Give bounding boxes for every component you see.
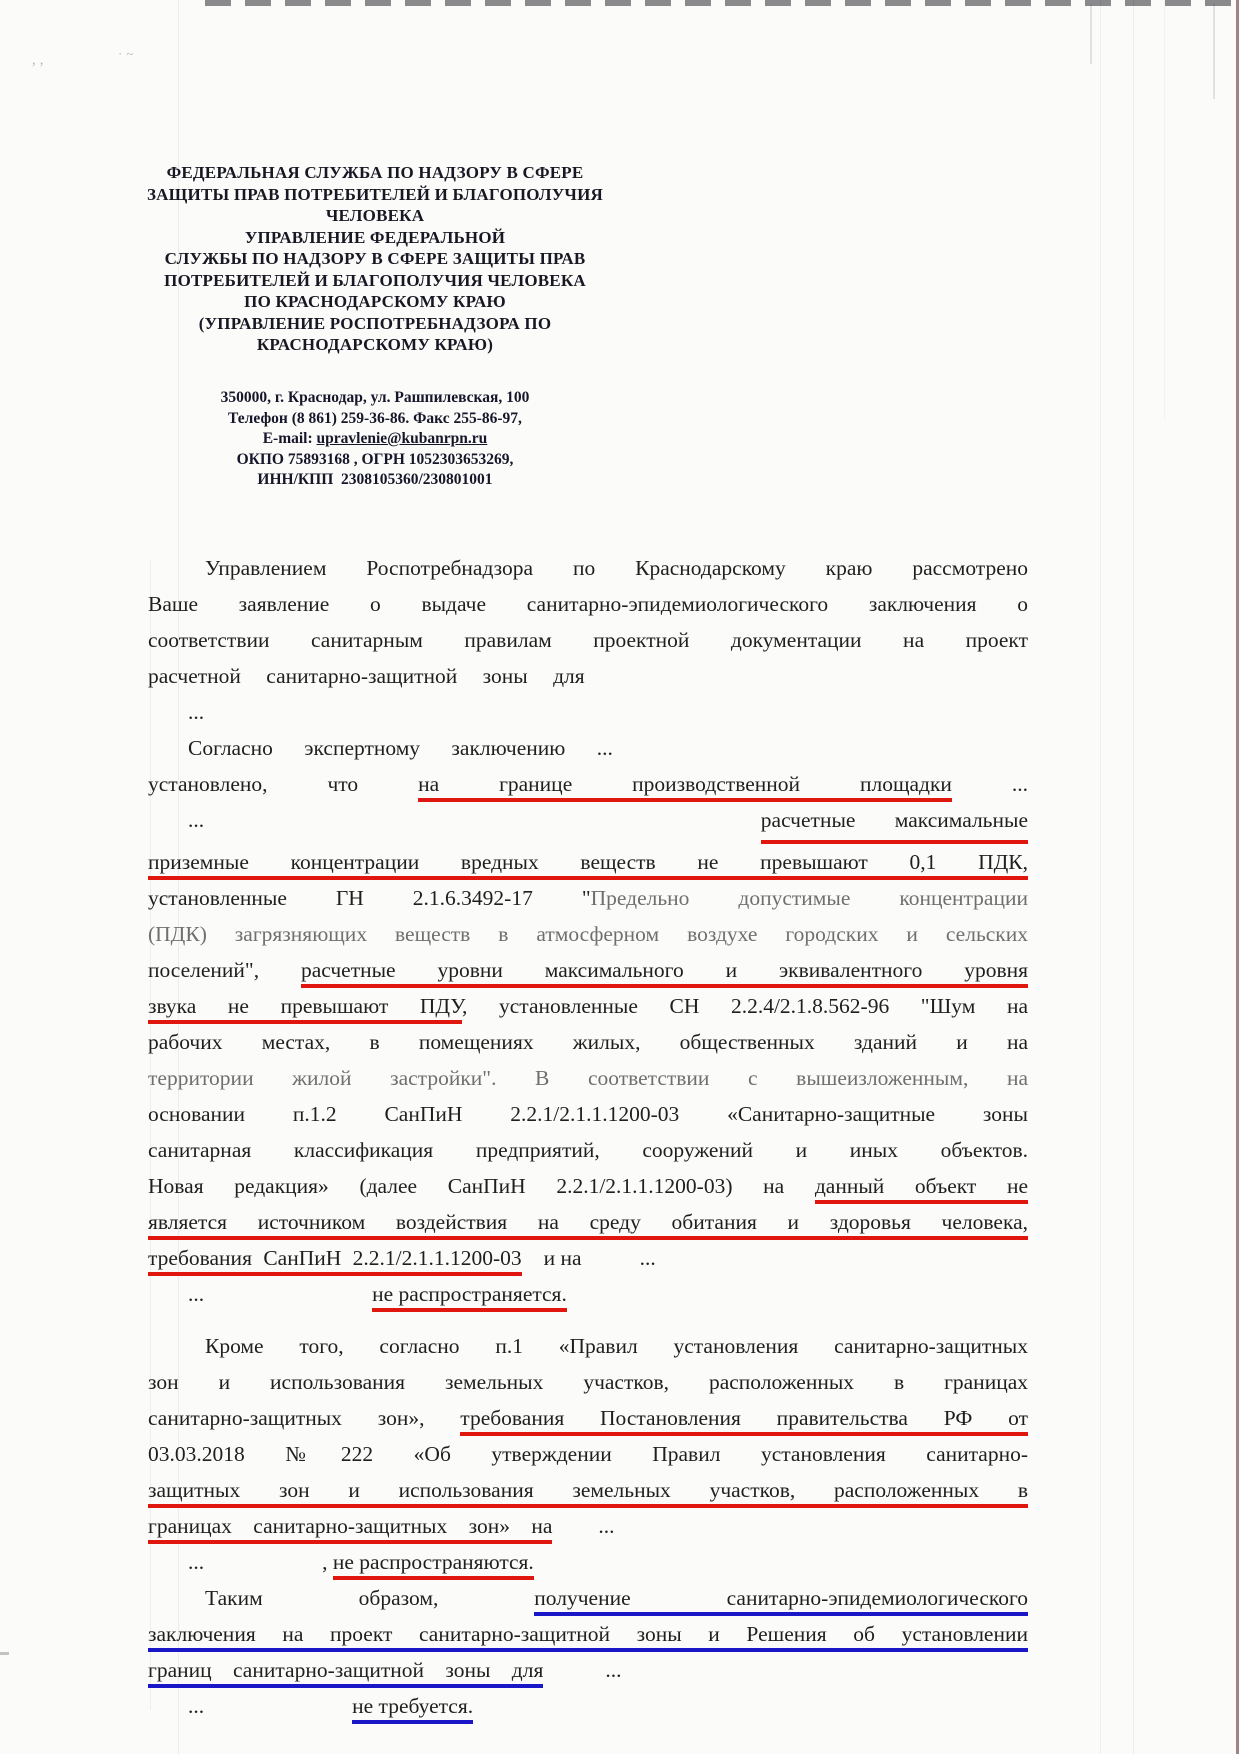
text-segment: установлено, что [148,772,418,796]
text-segment: Управлением Роспотребнадзора по Краснода… [205,556,1028,580]
org-header-line: ПОТРЕБИТЕЛЕЙ И БЛАГОПОЛУЧИЯ ЧЕЛОВЕКА [140,270,610,292]
text-segment: основании п.1.2 СанПиН 2.2.1/2.1.1.1200-… [148,1102,1028,1126]
body-line: Новая редакция» (далее СанПиН 2.2.1/2.1.… [148,1168,1028,1204]
org-header-line: СЛУЖБЫ ПО НАДЗОРУ В СФЕРЕ ЗАЩИТЫ ПРАВ [140,248,610,270]
red-underlined-text: приземные концентрации вредных веществ н… [148,850,1028,880]
text-segment: ... [598,1514,614,1538]
org-header-line: ПО КРАСНОДАРСКОМУ КРАЮ [140,291,610,313]
email-address: upravlenie@kubanrpn.ru [317,430,488,447]
body-line: защитных зон и использования земельных у… [148,1472,1028,1508]
scan-streak-artifact [1213,4,1215,99]
text-segment: ... [605,1658,621,1682]
text-segment: и на [544,1246,582,1270]
org-header-line: УПРАВЛЕНИЕ ФЕДЕРАЛЬНОЙ [140,227,610,249]
scan-top-edge-artifact [205,0,1240,6]
text-segment: ... [188,1550,204,1574]
org-header-line: КРАСНОДАРСКОМУ КРАЮ) [140,334,610,356]
body-line: установлено, что на границе производстве… [148,766,1028,802]
body-line: ... [148,694,1028,730]
text-segment: ... [188,700,204,724]
pencil-mark: ,, [32,52,48,69]
body-line: Согласно экспертному заключению ... [148,730,1028,766]
text-segment: ... [640,1246,656,1270]
org-header-line: ЗАЩИТЫ ПРАВ ПОТРЕБИТЕЛЕЙ И БЛАГОПОЛУЧИЯ [140,184,610,206]
text-segment: санитарная классификация предприятий, со… [148,1138,1028,1162]
org-header-line: (УПРАВЛЕНИЕ РОСПОТРЕБНАДЗОРА ПО [140,313,610,335]
org-header: ФЕДЕРАЛЬНАЯ СЛУЖБА ПО НАДЗОРУ В СФЕРЕЗАЩ… [140,162,610,356]
text-segment: Ваше заявление о выдаче санитарно-эпидем… [148,592,1028,616]
spacer [552,1532,598,1533]
body-line: основании п.1.2 СанПиН 2.2.1/2.1.1.1200-… [148,1096,1028,1132]
body-line: приземные концентрации вредных веществ н… [148,844,1028,880]
spacer [543,1676,605,1677]
contact-address: 350000, г. Краснодар, ул. Рашпилевская, … [150,388,600,409]
spacer [204,1568,322,1569]
body-line: Управлением Роспотребнадзора по Краснода… [148,550,1028,586]
body-line: Кроме того, согласно п.1 «Правил установ… [148,1328,1028,1364]
body-line: ...расчетные максимальные [148,802,1028,844]
body-line: расчетной санитарно-защитной зоны для [148,658,1028,694]
body-line: ...не требуется. [148,1688,1028,1724]
scan-right-edge-artifact [1236,0,1239,1754]
text-segment: , [322,1550,333,1574]
text-segment: Новая редакция» (далее СанПиН 2.2.1/2.1.… [148,1174,815,1198]
text-segment: рабочих местах, в помещениях жилых, обще… [148,1030,1028,1054]
pencil-mark: ·~ [118,46,137,62]
red-underlined-text: на границе производственной площадки [418,772,952,802]
org-header-line: ФЕДЕРАЛЬНАЯ СЛУЖБА ПО НАДЗОРУ В СФЕРЕ [140,162,610,184]
text-segment: (ПДК) загрязняющих веществ в атмосферном… [148,922,1028,946]
body-line: ...не распространяется. [148,1276,1028,1312]
body-line: поселений", расчетные уровни максимально… [148,952,1028,988]
body-line: требования СанПиН 2.2.1/2.1.1.1200-03и н… [148,1240,1028,1276]
text-segment: санитарно-защитных зон», [148,1406,460,1430]
red-underlined-text: данный объект не [815,1174,1028,1204]
red-underlined-text: требования Постановления правительства Р… [460,1406,1028,1436]
scan-fold-line [1164,0,1165,420]
text-segment: расчетной санитарно-защитной зоны для [148,664,585,688]
text-segment: Предельно допустимые концентрации [591,886,1028,910]
body-line: (ПДК) загрязняющих веществ в атмосферном… [148,916,1028,952]
red-underlined-text: расчетные максимальные [761,802,1028,844]
body-line: ..., не распространяются. [148,1544,1028,1580]
spacer [582,1264,640,1265]
body-line: установленные ГН 2.1.6.3492-17 "Предельн… [148,880,1028,916]
text-segment: зон и использования земельных участков, … [148,1370,1028,1394]
scan-streak-artifact [1090,4,1092,64]
body-line: территории жилой застройки". В соответст… [148,1060,1028,1096]
contact-phone-fax: Телефон (8 861) 259-36-86. Факс 255-86-9… [150,409,600,430]
blue-underlined-text: не требуется. [352,1694,473,1724]
body-line: санитарно-защитных зон», требования Пост… [148,1400,1028,1436]
body-line: звука не превышают ПДУ, установленные СН… [148,988,1028,1024]
body-line: заключения на проект санитарно-защитной … [148,1616,1028,1652]
red-underlined-text: защитных зон и использования земельных у… [148,1478,1028,1508]
org-header-line: ЧЕЛОВЕКА [140,205,610,227]
body-text: Управлением Роспотребнадзора по Краснода… [148,550,1028,1724]
spacer [204,1712,352,1713]
scan-fold-line [1100,0,1101,1754]
text-segment: ... [188,1282,204,1306]
body-line: является источником воздействия на среду… [148,1204,1028,1240]
blue-underlined-text: заключения на проект санитарно-защитной … [148,1622,1028,1652]
red-underlined-text: не распространяется. [372,1282,567,1312]
body-line: рабочих местах, в помещениях жилых, обще… [148,1024,1028,1060]
text-segment: ... [188,802,204,844]
scan-left-dash-artifact [0,1652,9,1655]
text-segment: поселений", [148,958,301,982]
text-segment: , установленные СН 2.2.4/2.1.8.562-96 "Ш… [462,994,1028,1018]
text-segment: ... [952,772,1028,796]
body-line: Таким образом, получение санитарно-эпиде… [148,1580,1028,1616]
text-segment: территории жилой застройки". В соответст… [148,1066,1028,1090]
red-underlined-text: является источником воздействия на среду… [148,1210,1028,1240]
blue-underlined-text: получение санитарно-эпидемиологического [534,1586,1028,1616]
contact-block: 350000, г. Краснодар, ул. Рашпилевская, … [150,388,600,491]
text-segment: Кроме того, согласно п.1 «Правил установ… [205,1334,1028,1358]
spacer [522,1264,544,1265]
body-line: 03.03.2018 №222 «Об утверждении Правил у… [148,1436,1028,1472]
body-line: соответствии санитарным правилам проектн… [148,622,1028,658]
body-line: границах санитарно-защитных зон» на... [148,1508,1028,1544]
spacer [204,1300,372,1301]
text-segment: 03.03.2018 №222 «Об утверждении Правил у… [148,1442,1028,1466]
body-line: зон и использования земельных участков, … [148,1364,1028,1400]
red-underlined-text: требования СанПиН 2.2.1/2.1.1.1200-03 [148,1246,522,1276]
red-underlined-text: звука не превышают ПДУ [148,994,462,1024]
body-line: санитарная классификация предприятий, со… [148,1132,1028,1168]
red-underlined-text: не распространяются. [333,1550,534,1580]
body-line: Ваше заявление о выдаче санитарно-эпидем… [148,586,1028,622]
contact-email-line: E-mail: upravlenie@kubanrpn.ru [150,429,600,450]
text-segment: Согласно экспертному заключению ... [188,736,613,760]
scan-fold-line [1133,0,1134,1754]
body-line: границ санитарно-защитной зоны для... [148,1652,1028,1688]
contact-inn-kpp: ИНН/КПП 2308105360/230801001 [150,470,600,491]
text-segment: установленные ГН 2.1.6.3492-17 " [148,886,591,910]
blue-underlined-text: границ санитарно-защитной зоны для [148,1658,543,1688]
contact-okpo-ogrn: ОКПО 75893168 , ОГРН 1052303653269, [150,450,600,471]
text-segment: Таким образом, [205,1586,534,1610]
red-underlined-text: расчетные уровни максимального и эквивал… [301,958,1028,988]
scanned-letter-page: { "colors": {"red": "#e0170f", "blue": "… [0,0,1240,1754]
text-segment: ... [188,1694,204,1718]
red-underlined-text: границах санитарно-защитных зон» на [148,1514,552,1544]
text-segment: соответствии санитарным правилам проектн… [148,628,1028,652]
email-label: E-mail: [263,430,317,447]
